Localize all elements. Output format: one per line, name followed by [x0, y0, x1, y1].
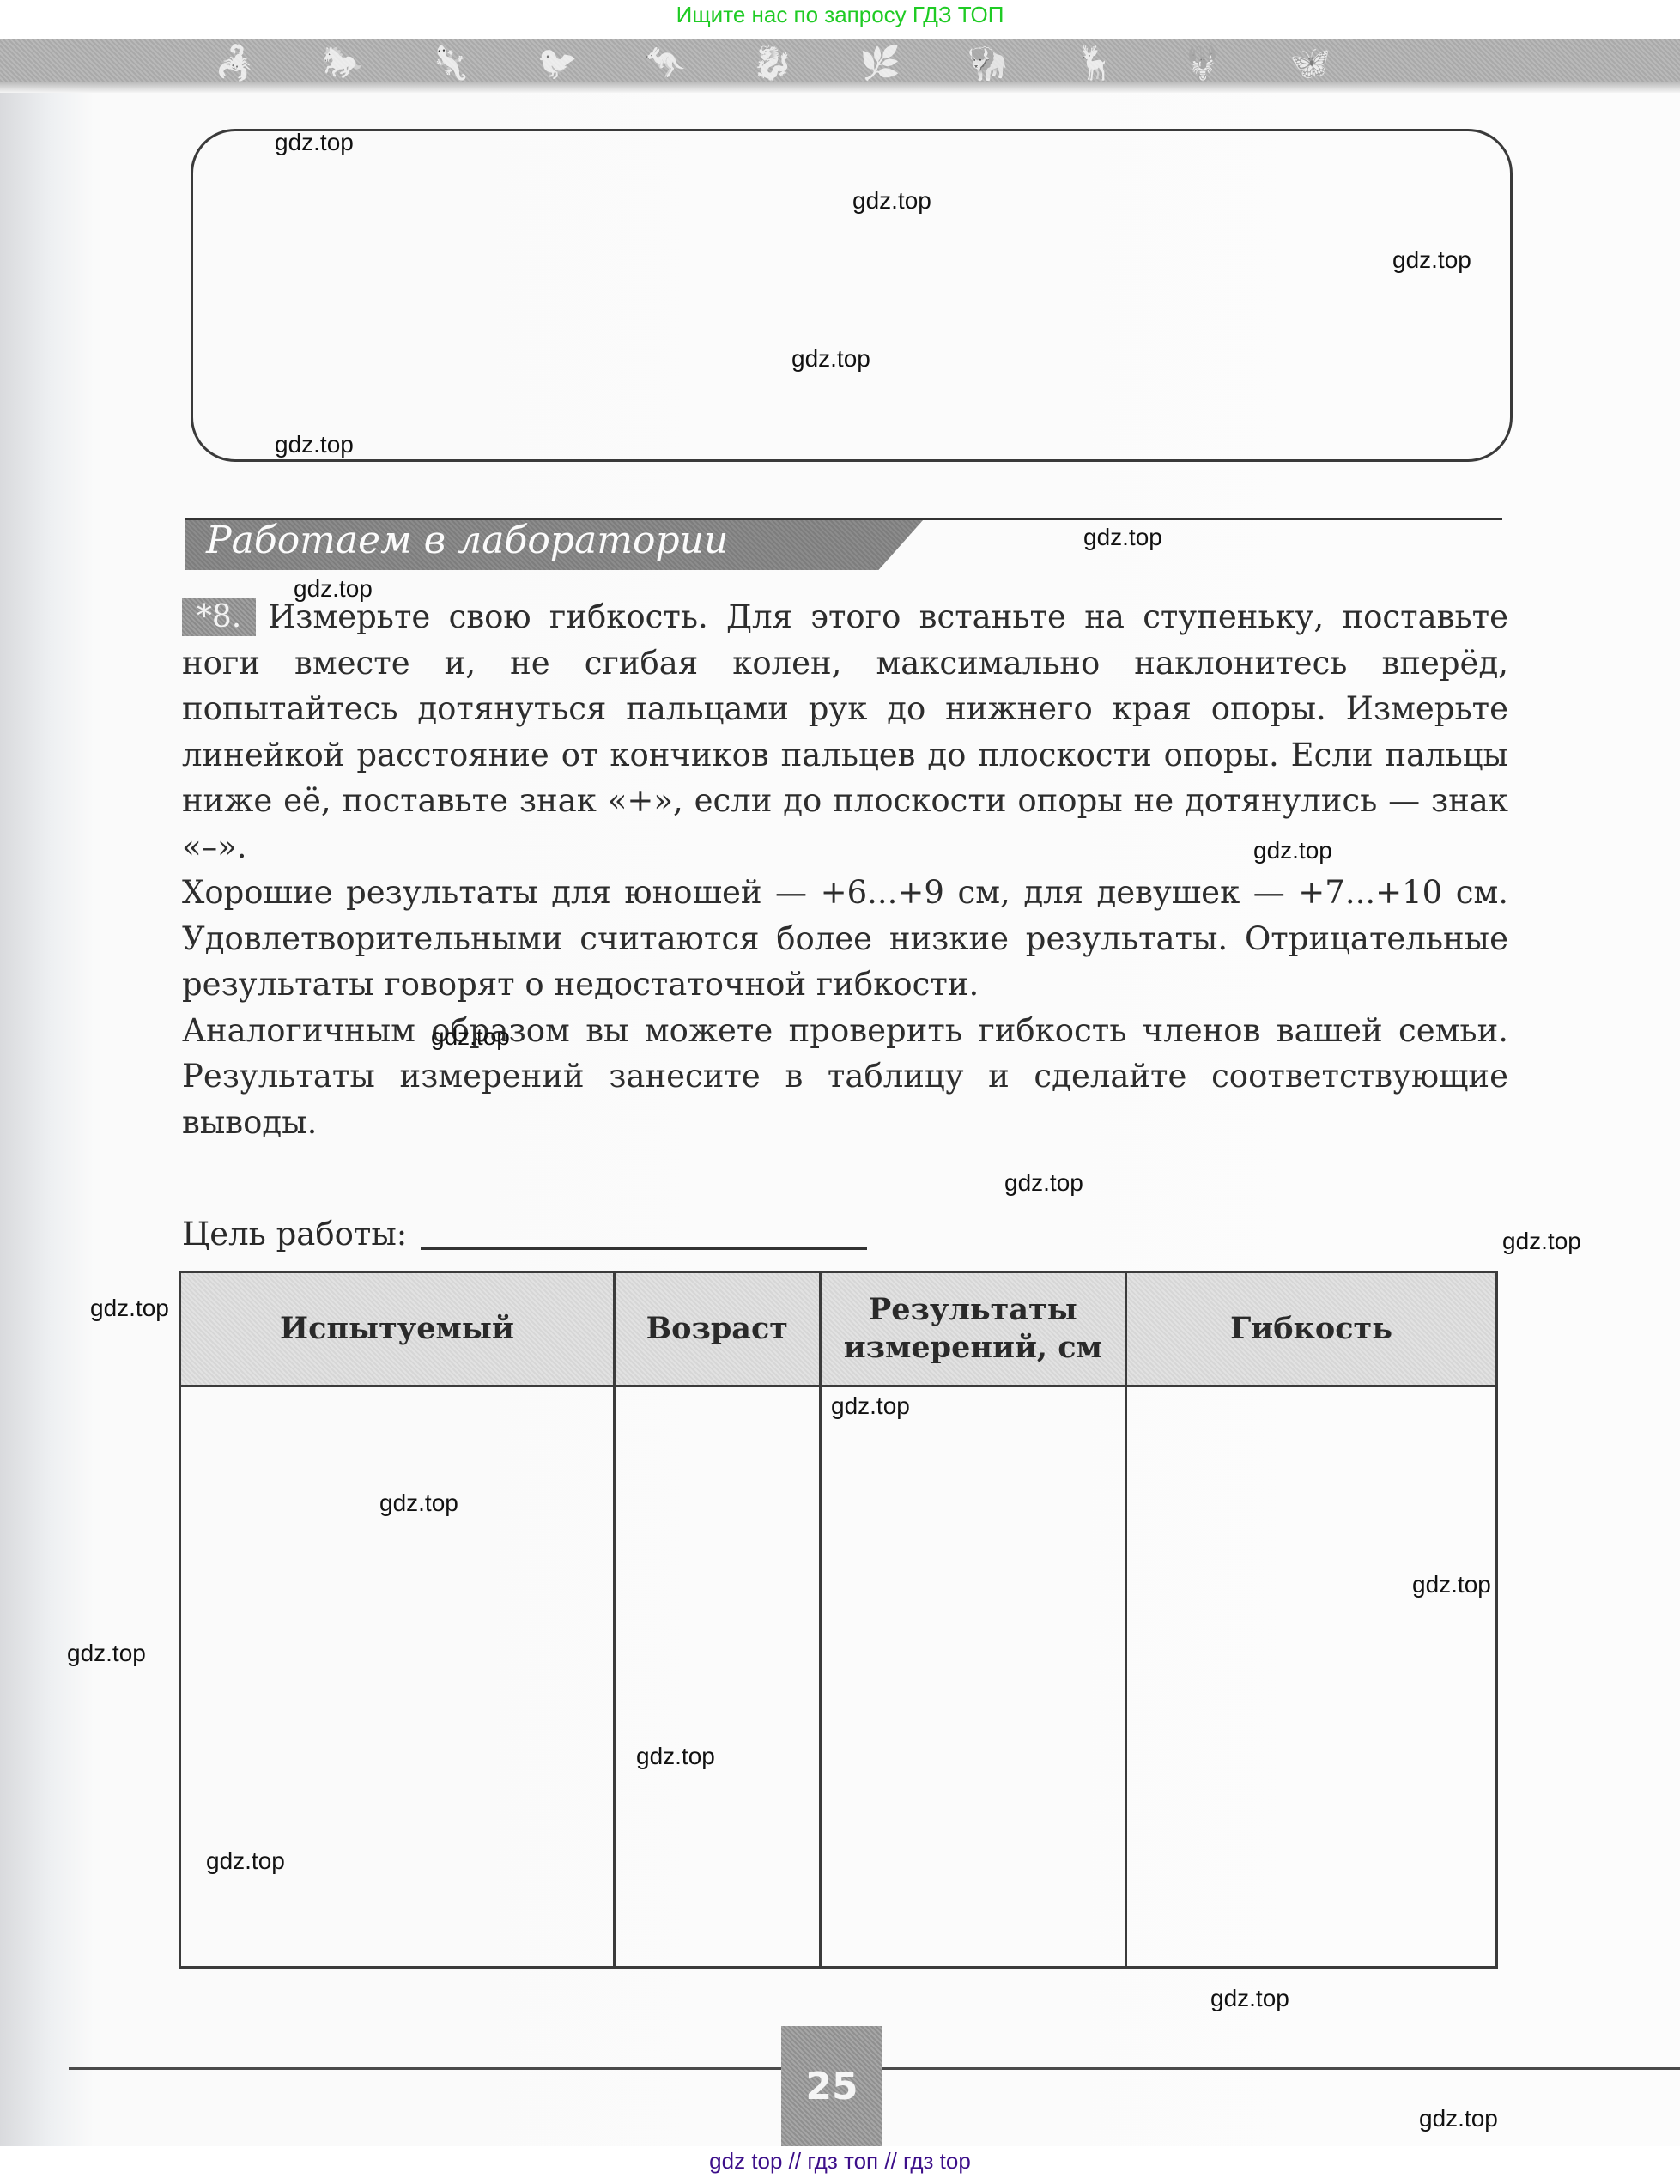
antelope-icon: 🦌: [1075, 44, 1115, 82]
watermark-label: gdz.top: [1419, 2105, 1498, 2132]
watermark-label: gdz.top: [1253, 837, 1332, 864]
watermark-label: gdz.top: [275, 431, 354, 458]
header-subject: Испытуемый: [180, 1272, 615, 1386]
page-number: 25: [781, 2026, 882, 2146]
kangaroo-icon: 🦘: [645, 44, 685, 82]
plant-icon: 🌿: [860, 44, 901, 82]
header-results: Результаты измерений, см: [820, 1272, 1125, 1386]
crayfish-icon: 🦞: [1182, 44, 1222, 82]
watermark-label: gdz.top: [206, 1847, 285, 1875]
bird-icon: 🐦: [537, 44, 578, 82]
task-text: Измерьте свою гибкость. Для этого встань…: [182, 594, 1508, 1145]
lizard-icon: 🦎: [430, 44, 470, 82]
watermark-label: gdz.top: [275, 129, 354, 156]
cell-age[interactable]: [614, 1386, 820, 1968]
watermark-label: gdz.top: [1502, 1228, 1581, 1255]
watermark-label: gdz.top: [379, 1489, 458, 1517]
banner-shadow: [0, 82, 1680, 93]
cell-results[interactable]: [820, 1386, 1125, 1968]
animal-silhouettes: 🦂🐎🦎🐦🦘🐉🌿🦬🦌🦞🦋: [215, 41, 1331, 84]
task-paragraph-1: Измерьте свою гибкость. Для этого встань…: [182, 594, 1508, 870]
watermark-label: gdz.top: [1004, 1169, 1083, 1197]
cell-subject[interactable]: [180, 1386, 615, 1968]
goal-label: Цель работы:: [182, 1212, 407, 1257]
watermark-label: gdz.top: [67, 1640, 146, 1667]
watermark-label: gdz.top: [294, 575, 373, 603]
butterfly-icon: 🦋: [1290, 44, 1331, 82]
cell-flexibility[interactable]: [1126, 1386, 1497, 1968]
section-title: Работаем в лаборатории: [206, 519, 728, 562]
table-header-row: Испытуемый Возраст Результаты измерений,…: [180, 1272, 1497, 1386]
watermark-label: gdz.top: [1083, 524, 1162, 551]
watermark-label: gdz.top: [852, 187, 931, 215]
results-table: Испытуемый Возраст Результаты измерений,…: [179, 1271, 1498, 1969]
goal-input-line[interactable]: [421, 1247, 867, 1250]
bottom-links[interactable]: gdz top // гдз топ // гдз top: [0, 2148, 1680, 2175]
table-row: [180, 1386, 1497, 1968]
watermark-label: gdz.top: [1412, 1571, 1491, 1599]
watermark-label: gdz.top: [1392, 246, 1471, 274]
task-paragraph-2: Хорошие результаты для юношей — +6...+9 …: [182, 870, 1508, 1008]
watermark-label: gdz.top: [636, 1743, 715, 1770]
scorpion-icon: 🦂: [215, 44, 255, 82]
header-flexibility: Гибкость: [1126, 1272, 1497, 1386]
watermark-label: gdz.top: [90, 1295, 169, 1322]
watermark-label: gdz.top: [791, 345, 870, 373]
goal-row: Цель работы:: [182, 1212, 867, 1257]
answer-box[interactable]: [191, 129, 1513, 462]
horse-icon: 🐎: [322, 44, 362, 82]
watermark-label: gdz.top: [831, 1392, 910, 1420]
task-paragraph-3: Аналогичным образом вы можете проверить …: [182, 1008, 1508, 1146]
search-prompt-banner: Ищите нас по запросу ГДЗ ТОП: [0, 2, 1680, 28]
header-age: Возраст: [614, 1272, 820, 1386]
task-number-badge: *8.: [182, 598, 256, 636]
seahorse-icon: 🐉: [752, 44, 792, 82]
watermark-label: gdz.top: [431, 1023, 510, 1051]
bison-icon: 🦬: [967, 44, 1008, 82]
watermark-label: gdz.top: [1210, 1985, 1289, 2012]
